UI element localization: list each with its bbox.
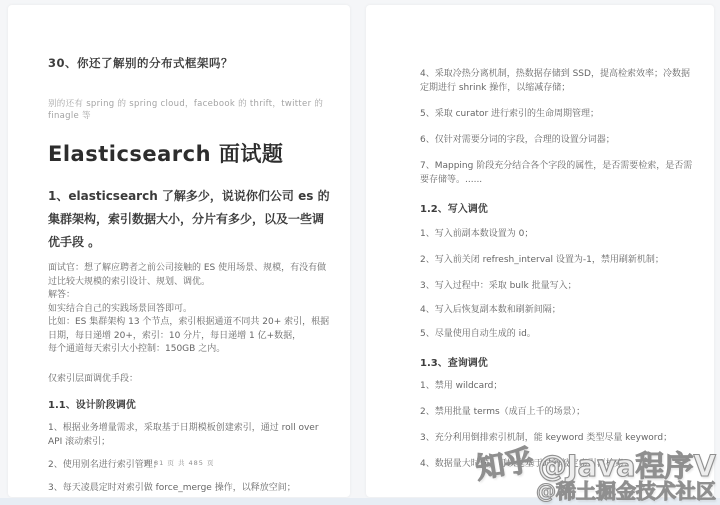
watermark: 知乎@Java程序V @稀土掘金技术社区 — [476, 452, 716, 501]
section-1-3-heading: 1.3、查询调优 — [420, 354, 698, 369]
design-item: 7、Mapping 阶段充分结合各个字段的属性，是否需要检索，是否需要存储等。.… — [420, 159, 698, 187]
document-page-left: 30、你还了解别的分布式框架吗？ 别的还有 spring 的 spring cl… — [8, 5, 350, 497]
query-item: 2、禁用批量 terms（成百上千的场景）； — [420, 405, 698, 419]
watermark-line2: @稀土掘金技术社区 — [476, 481, 716, 501]
answer-example-paragraph: 比如：ES 集群架构 13 个节点，索引根据通道不同共 20+ 索引，根据日期，… — [48, 316, 330, 343]
page-number-footer: 第 81 页 共 485 页 — [8, 458, 350, 467]
query-item: 1、禁用 wildcard； — [420, 379, 698, 393]
answer-label: 解答： — [48, 289, 330, 303]
design-item: 6、仅针对需要分词的字段，合理的设置分词器； — [420, 133, 698, 147]
answer-example-paragraph: 每个通道每天索引大小控制：150GB 之内。 — [48, 343, 330, 357]
design-item: 5、采取 curator 进行索引的生命周期管理； — [420, 107, 698, 121]
design-item: 4、采取冷热分离机制，热数据存储到 SSD，提高检索效率；冷数据定期进行 shr… — [420, 67, 698, 95]
document-page-right: 4、采取冷热分离机制，热数据存储到 SSD，提高检索效率；冷数据定期进行 shr… — [366, 5, 714, 497]
answer-intro-paragraph: 如实结合自己的实践场景回答即可。 — [48, 303, 330, 317]
write-item: 5、尽量使用自动生成的 id。 — [420, 327, 698, 341]
watermark-handle: @Java程序V — [538, 449, 716, 483]
write-item: 2、写入前关闭 refresh_interval 设置为-1，禁用刷新机制； — [420, 253, 698, 267]
design-item: 1、根据业务增量需求，采取基于日期模板创建索引，通过 roll over API… — [48, 421, 330, 449]
answer-intro-block: 面试官：想了解应聘者之前公司接触的 ES 使用场景、规模，有没有做过比较大规模的… — [48, 262, 330, 357]
interviewer-paragraph: 面试官：想了解应聘者之前公司接触的 ES 使用场景、规模，有没有做过比较大规模的… — [48, 262, 330, 289]
section-1-1-heading: 1.1、设计阶段调优 — [48, 396, 330, 411]
chapter-title: Elasticsearch 面试题 — [48, 139, 330, 169]
write-item: 3、写入过程中：采取 bulk 批量写入； — [420, 279, 698, 293]
watermark-line1: 知乎@Java程序V — [476, 452, 716, 482]
write-item: 4、写入后恢复副本数和刷新间隔； — [420, 303, 698, 317]
tuning-note: 仅索引层面调优手段： — [48, 371, 330, 384]
question-1-heading: 1、elasticsearch 了解多少，说说你们公司 es 的集群架构，索引数… — [48, 185, 330, 254]
write-item: 1、写入前副本数设置为 0； — [420, 227, 698, 241]
design-item: 3、每天凌晨定时对索引做 force_merge 操作，以释放空间； — [48, 481, 330, 495]
question-30-heading: 30、你还了解别的分布式框架吗？ — [48, 55, 330, 71]
section-1-2-heading: 1.2、写入调优 — [420, 200, 698, 215]
question-30-answer-note: 别的还有 spring 的 spring cloud，facebook 的 th… — [48, 97, 330, 121]
zhihu-logo: 知乎 — [473, 446, 535, 484]
query-item: 3、充分利用倒排索引机制，能 keyword 类型尽量 keyword； — [420, 431, 698, 445]
